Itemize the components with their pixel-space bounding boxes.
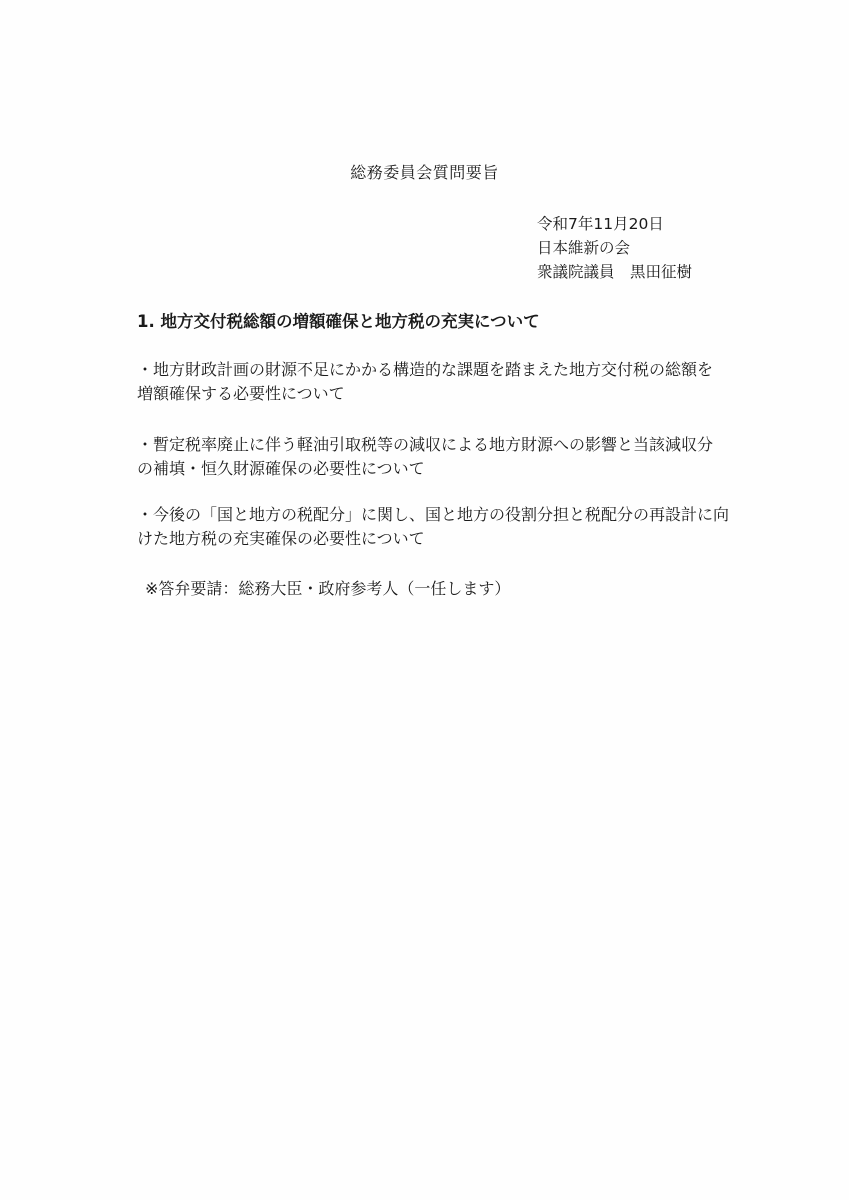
document-meta: 令和7年11月20日 日本維新の会 衆議院議員 黒田征樹 bbox=[537, 212, 692, 284]
document-date: 令和7年11月20日 bbox=[537, 212, 692, 236]
question-item: ・暫定税率廃止に伴う軽油引取税等の減収による地方財源への影響と当該減収分 の補填… bbox=[137, 433, 717, 481]
question-line: ・暫定税率廃止に伴う軽油引取税等の減収による地方財源への影響と当該減収分 bbox=[137, 433, 717, 457]
question-line: ・地方財政計画の財源不足にかかる構造的な課題を踏まえた地方交付税の総額を bbox=[137, 358, 717, 382]
document-page: 総務委員会質問要旨 令和7年11月20日 日本維新の会 衆議院議員 黒田征樹 1… bbox=[0, 0, 849, 1200]
question-line: ・今後の「国と地方の税配分」に関し、国と地方の役割分担と税配分の再設計に向 bbox=[137, 503, 717, 527]
section-heading: 1. 地方交付税総額の増額確保と地方税の充実について bbox=[137, 311, 540, 333]
question-line: の補填・恒久財源確保の必要性について bbox=[137, 457, 717, 481]
answer-request-note: ※答弁要請：総務大臣・政府参考人（一任します） bbox=[145, 578, 510, 600]
question-item: ・今後の「国と地方の税配分」に関し、国と地方の役割分担と税配分の再設計に向 けた… bbox=[137, 503, 717, 551]
question-item: ・地方財政計画の財源不足にかかる構造的な課題を踏まえた地方交付税の総額を 増額確… bbox=[137, 358, 717, 406]
party-name: 日本維新の会 bbox=[537, 236, 692, 260]
member-name: 衆議院議員 黒田征樹 bbox=[537, 260, 692, 284]
document-title: 総務委員会質問要旨 bbox=[0, 163, 849, 183]
question-line: 増額確保する必要性について bbox=[137, 382, 717, 406]
question-line: けた地方税の充実確保の必要性について bbox=[137, 527, 717, 551]
